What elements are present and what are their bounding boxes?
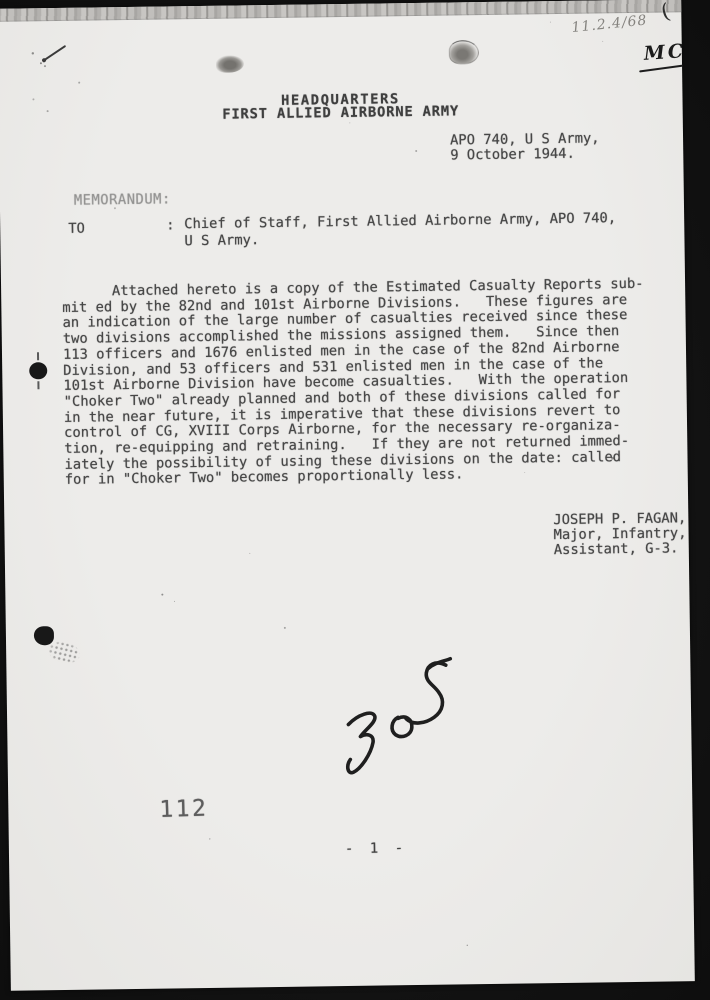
- handwritten-initials: MC: [643, 40, 687, 65]
- memorandum-label: MEMORANDUM:: [74, 192, 171, 209]
- ink-halftone-smudge: [46, 639, 82, 667]
- handwritten-digit-5: [402, 662, 451, 724]
- staple-smudge-right: [449, 40, 479, 64]
- handwritten-number-305: [331, 655, 465, 783]
- signature-block: JOSEPH P. FAGAN, Major, Infantry, Assist…: [553, 511, 687, 558]
- punch-hole-upper: [29, 362, 47, 379]
- page-number: - 1 -: [345, 841, 407, 858]
- to-recipient-block: Chief of Staff, First Allied Airborne Ar…: [184, 210, 616, 249]
- document-page: 11.2.4/68 ( MC HEADQUARTERS FIRST ALLIED…: [0, 0, 695, 991]
- staple-smudge-left: [216, 55, 244, 72]
- body-paragraph: Attached hereto is a copy of the Estimat…: [62, 277, 646, 489]
- handwritten-digit-3: [343, 713, 379, 773]
- initials-underline-stroke: [639, 65, 683, 73]
- to-label: TO: [68, 222, 85, 238]
- address-date-block: APO 740, U S Army, 9 October 1944.: [450, 131, 600, 163]
- handwritten-ref-number: 11.2.4/68: [571, 12, 648, 36]
- scan-background: 11.2.4/68 ( MC HEADQUARTERS FIRST ALLIED…: [0, 0, 710, 1000]
- pen-tick-mark: [43, 45, 66, 61]
- to-colon: :: [166, 218, 175, 234]
- archive-stamp-112: 112: [159, 802, 209, 819]
- punch-hole-lower: [34, 626, 54, 645]
